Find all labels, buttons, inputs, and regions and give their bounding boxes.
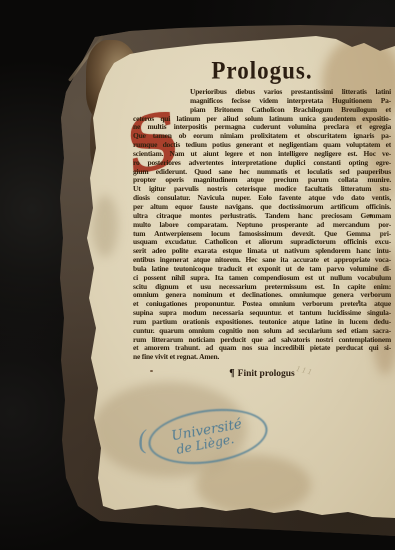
text-line: Uperioribus diebus varios prestantissimi… xyxy=(133,88,391,97)
text-line: rumque doctis tedium potius generant et … xyxy=(133,141,391,150)
text-line: ro posteriores advertentes interpretatio… xyxy=(133,159,391,168)
text-line: scientiam. Nam ut aiunt legere et non in… xyxy=(133,150,391,159)
text-line: rum partium orationis expositiones. teut… xyxy=(133,318,391,327)
text-line: multo labore comparatam. Neptuno prosper… xyxy=(133,220,391,229)
text-line: entibus ingenerat atque nitorem. Hec san… xyxy=(133,256,391,265)
text-line: cuntur. quarum omnium cognitio non solum… xyxy=(133,327,391,336)
text-line: magnificos fecisse videm interpretata Hu… xyxy=(133,97,391,106)
prologue-text-block: S Uperioribus diebus varios prestantissi… xyxy=(133,88,391,362)
text-line: supina supra modum necessaria sequuntur.… xyxy=(133,309,391,318)
page-title: Prologus. xyxy=(133,57,391,89)
text-line: ne fine vivit et regnat. Amen. xyxy=(133,353,391,362)
text-line: ultra citraque montes perlustratis. Tand… xyxy=(133,212,391,221)
text-line: ci possent nihil supra. Ita tamen compen… xyxy=(133,274,391,283)
printed-content: Prologus. S Uperioribus diebus varios pr… xyxy=(133,58,391,379)
colophon-line: ¶Finit prologus xyxy=(133,368,391,379)
text-line: bula latine teutonicoque traducit et exp… xyxy=(133,265,391,274)
pilcrow-mark: ¶ xyxy=(229,368,234,379)
scanned-book-photo: Prologus. S Uperioribus diebus varios pr… xyxy=(0,0,395,550)
text-line: diosis consulatur. Navicula nuper. Eolo … xyxy=(133,194,391,203)
colophon-text: Finit prologus xyxy=(238,369,295,379)
paper-stain-left xyxy=(92,195,118,257)
text-line: per altum equor fauste navigans. que doc… xyxy=(133,203,391,212)
text-line: piam Britonem Catholicon Brachilogum Bre… xyxy=(133,106,391,115)
paper-stain-bottom xyxy=(196,455,311,515)
